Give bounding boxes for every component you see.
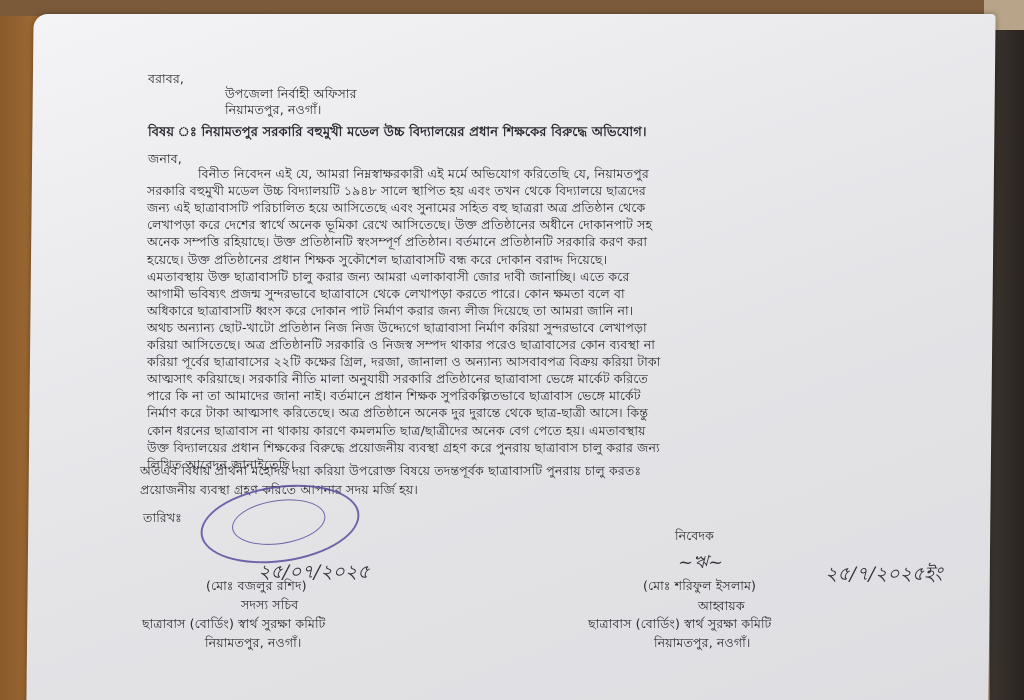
body-line: জন্য এই ছাত্রাবাসটি পরিচালিত হয়ে আসিতেছ…: [147, 202, 645, 215]
body-line: করিয়া আসিতেছে। অত্র প্রতিষ্ঠানটি সরকারি…: [147, 339, 655, 352]
body-line: অথচ অন্যান্য ছোট-খাটো প্রতিষ্ঠান নিজ নিজ…: [147, 322, 647, 335]
right-signatory-place: নিয়ামতপুর, নওগাঁ।: [654, 637, 751, 650]
body-line: কোন ধরনের ছাত্রাবাস না থাকায় কারণে কমলম…: [147, 425, 646, 438]
right-signatory-designation: আহ্বায়ক: [698, 600, 745, 613]
complaint-letter: বরাবর, উপজেলা নির্বাহী অফিসার নিয়ামতপুর…: [0, 0, 1024, 700]
body-line: হয়েছে। উক্ত প্রতিষ্ঠানের প্রধান শিক্ষক …: [147, 254, 607, 267]
date-label: তারিখঃ: [143, 512, 182, 525]
greeting: জনাব,: [148, 153, 182, 166]
left-signatory-name: (মোঃ বজলুর রশিদ): [206, 580, 307, 593]
body-line: লেখাপড়া করে দেশের স্বার্থে অনেক ভূমিকা …: [147, 219, 652, 232]
left-signatory-designation: সদস্য সচিব: [241, 599, 298, 612]
body-line: করিয়া পূর্বের ছাত্রাবাসের ২২টি কক্ষের গ…: [147, 356, 660, 369]
seal-inner-ring: [229, 494, 328, 551]
right-signatory-name: (মোঃ শরিফুল ইসলাম): [643, 580, 756, 593]
body-line: আত্মসাৎ করিয়াছে। সরকারি নীতি মালা অনুযা…: [147, 373, 648, 386]
recipient-title: উপজেলা নির্বাহী অফিসার: [225, 88, 357, 101]
body-line: অধিকারে ছাত্রাবাসটি ধ্বংস করে দোকান পাট …: [147, 305, 633, 318]
body-line: আগামী ভবিষ্যৎ প্রজন্ম সুন্দরভাবে ছাত্রাব…: [147, 288, 625, 301]
left-signatory-committee: ছাত্রাবাস (বোর্ডিং) স্বার্থ সুরক্ষা কমিট…: [142, 618, 326, 631]
body-line: সরকারি বহুমুখী মডেল উচ্চ বিদ্যালয়টি ১৯৪…: [147, 185, 646, 198]
body-line: উক্ত বিদ্যালয়ের প্রধান শিক্ষকের বিরুদ্ধ…: [147, 442, 660, 455]
right-handwritten-date: ২৫/৭/২০২৫ইং: [825, 560, 942, 592]
recipient-place: নিয়ামতপুর, নওগাঁ।: [225, 104, 322, 117]
subject-line: বিষয় ঃ নিয়ামতপুর সরকারি বহুমুখী মডেল উ…: [148, 126, 647, 139]
body-line: বিনীত নিবেদন এই যে, আমরা নিম্নস্বাক্ষরকা…: [198, 168, 649, 181]
body-line: পারে কি না তা আমাদের জানা নাই। বর্তমানে …: [147, 390, 641, 403]
body-line: নির্মাণ করে টাকা আত্মসাৎ করিতেছে। অত্র প…: [147, 407, 648, 420]
body-line: এমতাবস্থায় উক্ত ছাত্রাবাসটি চালু করার জ…: [147, 271, 629, 284]
closing-line: অতএব বিধায় প্রার্থনা মহোদয় দয়া করিয়া…: [140, 465, 641, 478]
left-signatory-place: নিয়ামতপুর, নওগাঁ।: [205, 637, 302, 650]
salutation-to: বরাবর,: [148, 73, 184, 86]
right-signature: ~ঋ~: [678, 548, 723, 579]
body-line: অনেক সম্পত্তি রহিয়াছে। উক্ত প্রতিষ্ঠানট…: [147, 236, 647, 249]
applicant-label: নিবেদক: [675, 530, 714, 543]
right-signatory-committee: ছাত্রাবাস (বোর্ডিং) স্বার্থ সুরক্ষা কমিট…: [588, 618, 772, 631]
